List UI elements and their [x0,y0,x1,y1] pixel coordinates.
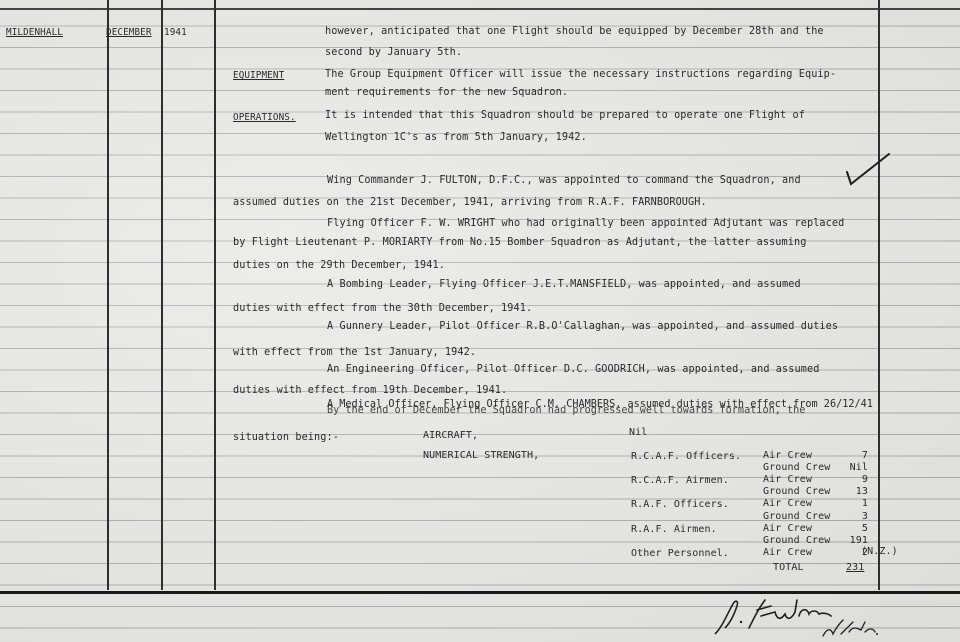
strength-crew-type: Ground Crew [763,462,830,473]
text-line: duties with effect from 19th December, 1… [233,385,507,396]
strength-crew-type: Ground Crew [763,486,830,497]
text-line: Wellington 1C's as from 5th January, 194… [325,132,587,143]
text-line: Wing Commander J. FULTON, D.F.C., was ap… [327,175,801,186]
text-line: with effect from the 1st January, 1942. [233,347,476,358]
strength-group: Other Personnel. [631,548,729,559]
column-divider-2 [161,0,163,590]
operations-label: OPERATIONS. [233,112,296,123]
aircraft-label: AIRCRAFT, [423,430,478,441]
strength-label: NUMERICAL STRENGTH, [423,450,539,461]
text-line: by Flight Lieutenant P. MORIARTY from No… [233,237,806,248]
strength-count: 1 [838,498,868,509]
strength-crew-type: Ground Crew [763,511,830,522]
strength-crew-type: Air Crew [763,523,812,534]
aircraft-value: Nil [629,427,647,438]
strength-crew-type: Air Crew [763,547,812,558]
place-cell: MILDENHALL [6,27,63,38]
text-line: By the end of December the Squadron had … [327,405,805,416]
text-line: It is intended that this Squadron should… [325,110,805,121]
strength-group: R.A.F. Airmen. [631,524,717,535]
text-line: A Bombing Leader, Flying Officer J.E.T.M… [327,279,801,290]
column-divider-1 [107,0,109,590]
text-line: situation being:- [233,432,339,443]
strength-count: 7 [838,450,868,461]
record-page: MILDENHALL DECEMBER 1941 EQUIPMENT OPERA… [0,0,960,642]
signature [705,592,905,640]
strength-count: 13 [838,486,868,497]
column-divider-3 [214,0,216,590]
strength-count: Nil [838,462,868,473]
strength-crew-type: Air Crew [763,498,812,509]
strength-count: 3 [838,511,868,522]
other-note: (N.Z.) [861,546,898,557]
strength-count: 5 [838,523,868,534]
text-line: assumed duties on the 21st December, 194… [233,197,707,208]
text-line: ment requirements for the new Squadron. [325,87,568,98]
strength-group: R.A.F. Officers. [631,499,729,510]
strength-count: 191 [838,535,868,546]
top-rule [0,8,960,10]
total-value: 231 [846,562,864,573]
text-line: An Engineering Officer, Pilot Officer D.… [327,364,819,375]
text-line: duties with effect from the 30th Decembe… [233,303,532,314]
equipment-label: EQUIPMENT [233,70,284,81]
strength-group: R.C.A.F. Airmen. [631,475,729,486]
text-line: A Gunnery Leader, Pilot Officer R.B.O'Ca… [327,321,838,332]
strength-crew-type: Air Crew [763,450,812,461]
text-line: The Group Equipment Officer will issue t… [325,69,836,80]
column-divider-4 [878,0,880,590]
check-mark-icon [845,152,891,192]
text-line: Flying Officer F. W. WRIGHT who had orig… [327,218,844,229]
strength-crew-type: Ground Crew [763,535,830,546]
year-cell: 1941 [164,27,187,38]
strength-group: R.C.A.F. Officers. [631,451,741,462]
text-line: however, anticipated that one Flight sho… [325,26,824,37]
strength-count: 9 [838,474,868,485]
strength-crew-type: Air Crew [763,474,812,485]
text-line: duties on the 29th December, 1941. [233,260,445,271]
total-label: TOTAL [773,562,804,573]
text-line: second by January 5th. [325,47,462,58]
month-cell: DECEMBER [106,27,152,38]
